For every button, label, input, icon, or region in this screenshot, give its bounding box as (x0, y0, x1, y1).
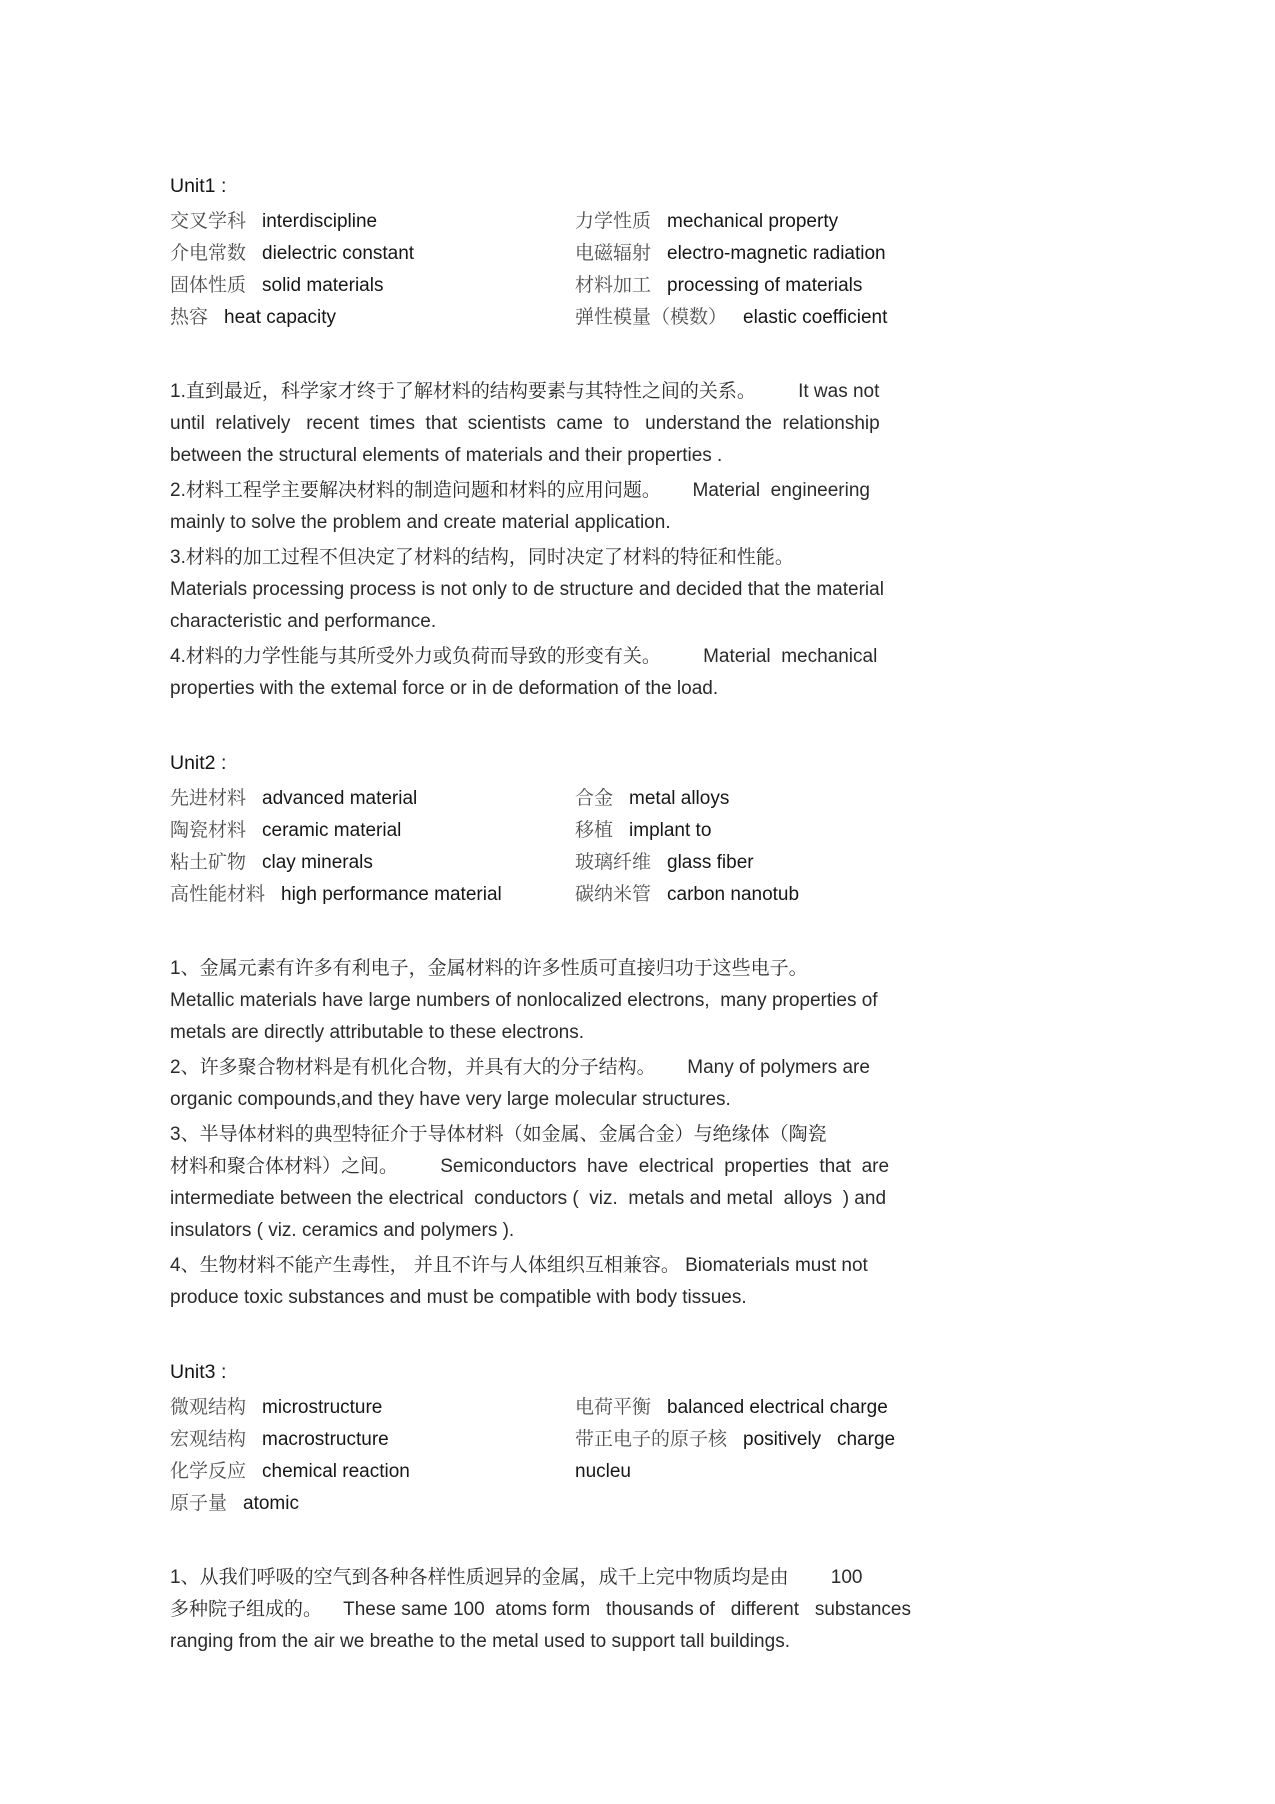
vocab-cell-right: 带正电子的原子核positively charge (575, 1424, 1115, 1456)
vocab-term-en: high performance material (281, 884, 502, 905)
vocab-cell-left: 宏观结构macrostructure (170, 1424, 575, 1456)
vocab-term-zh: 玻璃纤维 (575, 852, 651, 873)
vocab-table: 先进材料advanced material 合金metal alloys 陶瓷材… (170, 783, 1115, 911)
vocab-row: 固体性质solid materials 材料加工processing of ma… (170, 270, 1115, 302)
vocab-term-zh: 交叉学科 (170, 211, 246, 232)
unit-title: Unit1 : (170, 170, 1115, 202)
vocab-row: 粘土矿物clay minerals 玻璃纤维glass fiber (170, 847, 1115, 879)
paragraph: 4.材料的力学性能与其所受外力或负荷而导致的形变有关。 Material mec… (170, 641, 1115, 705)
vocab-term-en: elastic coefficient (743, 307, 887, 328)
vocab-term-en: mechanical property (667, 211, 838, 232)
vocab-term-en: solid materials (262, 275, 383, 296)
translation-paragraphs: 1、金属元素有许多有利电子，金属材料的许多性质可直接归功于这些电子。 Metal… (170, 953, 1115, 1314)
vocab-term-zh: 原子量 (170, 1493, 227, 1514)
vocab-term-en: nucleu (575, 1461, 631, 1482)
vocab-term-zh: 电磁辐射 (575, 243, 651, 264)
vocab-term-zh: 宏观结构 (170, 1429, 246, 1450)
vocab-term-en: dielectric constant (262, 243, 414, 264)
vocab-term-zh: 微观结构 (170, 1397, 246, 1418)
vocab-term-zh: 移植 (575, 820, 613, 841)
vocab-row: 介电常数dielectric constant 电磁辐射electro-magn… (170, 238, 1115, 270)
vocab-cell-right: 电荷平衡balanced electrical charge (575, 1392, 1115, 1424)
vocab-cell-right: 玻璃纤维glass fiber (575, 847, 1115, 879)
vocab-cell-right (575, 1488, 1115, 1520)
vocab-cell-right: 弹性模量（模数）elastic coefficient (575, 302, 1115, 334)
translation-paragraphs: 1、从我们呼吸的空气到各种各样性质迥异的金属，成千上完中物质均是由 100 多种… (170, 1562, 1115, 1658)
vocab-term-zh: 电荷平衡 (575, 1397, 651, 1418)
vocab-cell-left: 微观结构microstructure (170, 1392, 575, 1424)
vocab-term-zh: 带正电子的原子核 (575, 1429, 727, 1450)
vocab-row: 高性能材料high performance material 碳纳米管carbo… (170, 879, 1115, 911)
vocab-term-zh: 陶瓷材料 (170, 820, 246, 841)
vocab-cell-left: 高性能材料high performance material (170, 879, 575, 911)
paragraph: 2.材料工程学主要解决材料的制造问题和材料的应用问题。 Material eng… (170, 475, 1115, 539)
vocab-term-en: ceramic material (262, 820, 401, 841)
vocab-term-en: balanced electrical charge (667, 1397, 888, 1418)
vocab-row: 化学反应chemical reaction nucleu (170, 1456, 1115, 1488)
vocab-term-en: microstructure (262, 1397, 382, 1418)
vocab-term-zh: 高性能材料 (170, 884, 265, 905)
vocab-term-zh: 热容 (170, 307, 208, 328)
unit-title: Unit3 : (170, 1356, 1115, 1388)
vocab-cell-right: nucleu (575, 1456, 1115, 1488)
vocab-table: 交叉学科interdiscipline 力学性质mechanical prope… (170, 206, 1115, 334)
vocab-row: 原子量atomic (170, 1488, 1115, 1520)
vocab-term-en: heat capacity (224, 307, 336, 328)
vocab-term-zh: 合金 (575, 788, 613, 809)
vocab-cell-left: 介电常数dielectric constant (170, 238, 575, 270)
vocab-cell-right: 材料加工processing of materials (575, 270, 1115, 302)
vocab-row: 先进材料advanced material 合金metal alloys (170, 783, 1115, 815)
vocab-term-en: positively charge (743, 1429, 895, 1450)
unit-section: Unit2 : 先进材料advanced material 合金metal al… (170, 747, 1115, 1314)
vocab-term-en: macrostructure (262, 1429, 389, 1450)
vocab-term-en: chemical reaction (262, 1461, 410, 1482)
vocab-term-zh: 弹性模量（模数） (575, 307, 727, 328)
vocab-row: 热容heat capacity 弹性模量（模数）elastic coeffici… (170, 302, 1115, 334)
paragraph: 1、金属元素有许多有利电子，金属材料的许多性质可直接归功于这些电子。 Metal… (170, 953, 1115, 1049)
vocab-cell-left: 化学反应chemical reaction (170, 1456, 575, 1488)
vocab-term-en: atomic (243, 1493, 299, 1514)
vocab-term-en: metal alloys (629, 788, 729, 809)
vocab-term-zh: 碳纳米管 (575, 884, 651, 905)
unit-section: Unit1 : 交叉学科interdiscipline 力学性质mechanic… (170, 170, 1115, 705)
paragraph: 4、生物材料不能产生毒性， 并且不许与人体组织互相兼容。 Biomaterial… (170, 1250, 1115, 1314)
vocab-cell-right: 移植implant to (575, 815, 1115, 847)
units-container: Unit1 : 交叉学科interdiscipline 力学性质mechanic… (170, 170, 1115, 1658)
document-page: Unit1 : 交叉学科interdiscipline 力学性质mechanic… (0, 0, 1275, 1804)
vocab-term-zh: 介电常数 (170, 243, 246, 264)
vocab-cell-right: 碳纳米管carbon nanotub (575, 879, 1115, 911)
vocab-cell-left: 固体性质solid materials (170, 270, 575, 302)
vocab-term-zh: 材料加工 (575, 275, 651, 296)
vocab-term-en: carbon nanotub (667, 884, 799, 905)
paragraph: 1、从我们呼吸的空气到各种各样性质迥异的金属，成千上完中物质均是由 100 多种… (170, 1562, 1115, 1658)
vocab-cell-left: 粘土矿物clay minerals (170, 847, 575, 879)
vocab-row: 宏观结构macrostructure 带正电子的原子核positively ch… (170, 1424, 1115, 1456)
vocab-term-zh: 化学反应 (170, 1461, 246, 1482)
vocab-term-en: interdiscipline (262, 211, 377, 232)
vocab-cell-right: 力学性质mechanical property (575, 206, 1115, 238)
vocab-table: 微观结构microstructure 电荷平衡balanced electric… (170, 1392, 1115, 1520)
unit-section: Unit3 : 微观结构microstructure 电荷平衡balanced … (170, 1356, 1115, 1658)
vocab-cell-right: 合金metal alloys (575, 783, 1115, 815)
vocab-row: 陶瓷材料ceramic material 移植implant to (170, 815, 1115, 847)
vocab-cell-left: 交叉学科interdiscipline (170, 206, 575, 238)
vocab-row: 微观结构microstructure 电荷平衡balanced electric… (170, 1392, 1115, 1424)
paragraph: 2、许多聚合物材料是有机化合物，并具有大的分子结构。 Many of polym… (170, 1052, 1115, 1116)
paragraph: 3.材料的加工过程不但决定了材料的结构，同时决定了材料的特征和性能。 Mater… (170, 542, 1115, 638)
vocab-term-en: implant to (629, 820, 711, 841)
vocab-cell-left: 热容heat capacity (170, 302, 575, 334)
paragraph: 1.直到最近，科学家才终于了解材料的结构要素与其特性之间的关系。 It was … (170, 376, 1115, 472)
vocab-term-en: electro-magnetic radiation (667, 243, 886, 264)
vocab-cell-left: 先进材料advanced material (170, 783, 575, 815)
vocab-term-en: advanced material (262, 788, 417, 809)
vocab-term-en: clay minerals (262, 852, 373, 873)
vocab-term-en: glass fiber (667, 852, 754, 873)
vocab-term-en: processing of materials (667, 275, 862, 296)
translation-paragraphs: 1.直到最近，科学家才终于了解材料的结构要素与其特性之间的关系。 It was … (170, 376, 1115, 705)
vocab-term-zh: 力学性质 (575, 211, 651, 232)
paragraph: 3、半导体材料的典型特征介于导体材料（如金属、金属合金）与绝缘体（陶瓷 材料和聚… (170, 1119, 1115, 1247)
vocab-term-zh: 先进材料 (170, 788, 246, 809)
vocab-cell-left: 原子量atomic (170, 1488, 575, 1520)
unit-title: Unit2 : (170, 747, 1115, 779)
vocab-term-zh: 固体性质 (170, 275, 246, 296)
vocab-cell-left: 陶瓷材料ceramic material (170, 815, 575, 847)
vocab-term-zh: 粘土矿物 (170, 852, 246, 873)
vocab-row: 交叉学科interdiscipline 力学性质mechanical prope… (170, 206, 1115, 238)
vocab-cell-right: 电磁辐射electro-magnetic radiation (575, 238, 1115, 270)
